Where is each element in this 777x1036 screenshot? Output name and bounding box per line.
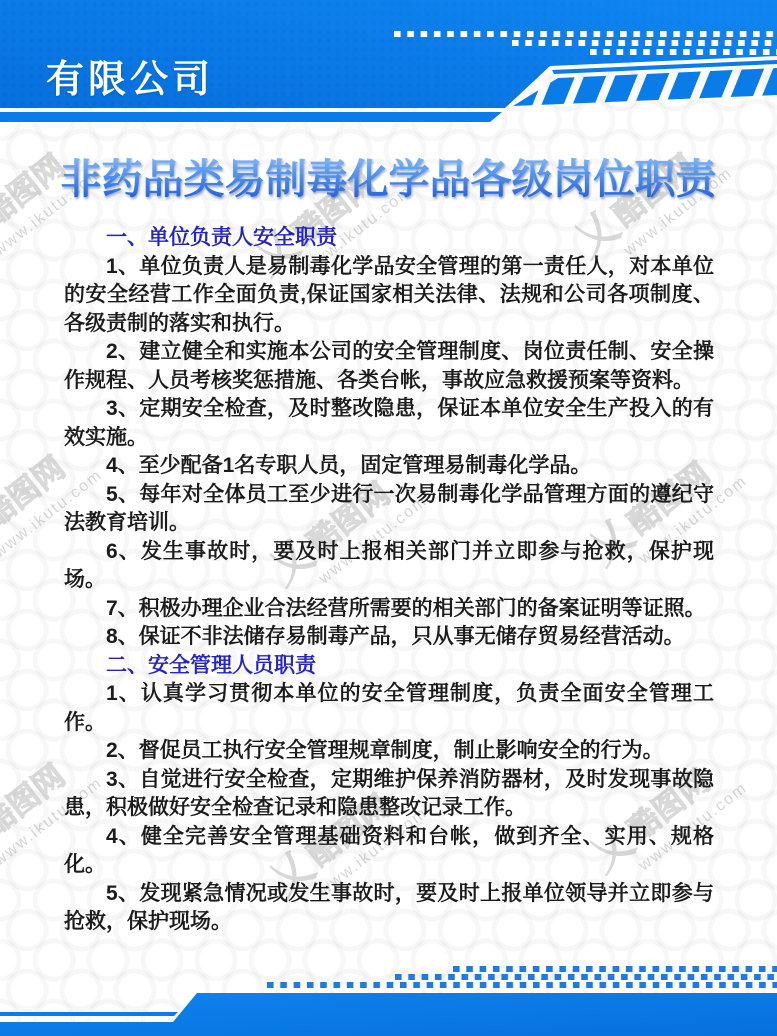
footer-banner [0,955,777,1036]
section-1-item-5: 5、每年对全体员工至少进行一次易制毒化学品管理方面的遵纪守法教育培训。 [64,481,714,538]
company-name: 有限公司 [46,48,214,103]
footer-dot-grid [267,966,777,988]
section-1-item-7: 7、积极办理企业合法经营所需要的相关部门的备案证明等证照。 [64,595,714,624]
section-1-item-4: 4、至少配备1名专职人员，固定管理易制毒化学品。 [64,452,714,481]
section-2-item-5: 5、发现紧急情况或发生事故时，要及时上报单位领导并立即参与抢救，保护现场。 [64,880,714,937]
watermark-brand: 酷图网 [0,451,70,533]
section-heading-2: 二、安全管理人员职责 [64,652,714,681]
section-heading-1: 一、单位负责人安全职责 [64,224,714,253]
section-1-item-8: 8、保证不非法储存易制毒产品，只从事无储存贸易经营活动。 [64,623,714,652]
section-2-item-3: 3、自觉进行安全检查，定期维护保养消防器材，及时发现事故隐患，积极做好安全检查记… [64,766,714,823]
section-2-item-2: 2、督促员工执行安全管理规章制度，制止影响安全的行为。 [64,737,714,766]
header-underline-bar [0,112,502,122]
watermark-brand: 酷图网 [0,759,70,841]
poster-page: 有限公司 非药品类易制毒化学品各级岗位职责 一、单位负责人安全职责1、单位负责人… [0,0,777,1036]
header-diagonal-stripes [510,64,777,106]
section-1-item-3: 3、定期安全检查，及时整改隐患，保证本单位安全生产投入的有效实施。 [64,395,714,452]
section-2-item-4: 4、健全完善安全管理基础资料和台帐，做到齐全、实用、规格化。 [64,823,714,880]
section-2-item-1: 1、认真学习贯彻本单位的安全管理制度，负责全面安全管理工作。 [64,680,714,737]
section-1-item-2: 2、建立健全和实施本公司的安全管理制度、岗位责任制、安全操作规程、人员考核奖惩措… [64,338,714,395]
section-1-item-6: 6、发生事故时，要及时上报相关部门并立即参与抢救，保护现场。 [64,538,714,595]
content: 一、单位负责人安全职责1、单位负责人是易制毒化学品安全管理的第一责任人，对本单位… [64,224,714,937]
section-1-item-1: 1、单位负责人是易制毒化学品安全管理的第一责任人，对本单位的安全经营工作全面负责… [64,253,714,339]
page-title: 非药品类易制毒化学品各级岗位职责 [0,146,777,205]
footer-accent-line [0,1012,178,1016]
